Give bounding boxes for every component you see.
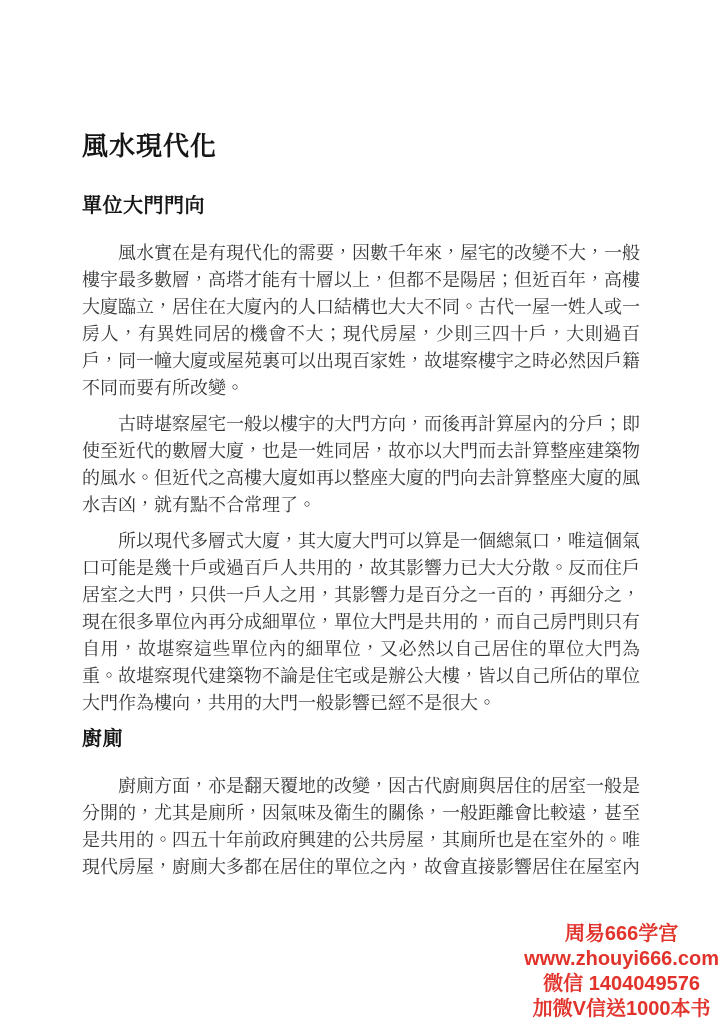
paragraph-kitchen-toilet-1: 廚廁方面，亦是翻天覆地的改變，因古代廚廁與居住的居室一般是分開的，尤其是廁所，因… [82,773,640,881]
paragraph-unit-door-1: 風水實在是有現代化的需要，因數千年來，屋宅的改變不大，一般樓宇最多數層，高塔才能… [82,240,640,402]
watermark-site-name: 周易666学宫 [524,922,719,947]
watermark-wechat-id: 微信 1404049576 [524,972,719,997]
watermark: 周易666学宫 www.zhouyi666.com 微信 1404049576 … [524,922,719,1022]
section-heading-kitchen-toilet: 廚廁 [82,727,640,751]
document-page: 風水現代化 單位大門門向 風水實在是有現代化的需要，因數千年來，屋宅的改變不大，… [0,0,724,1024]
paragraph-unit-door-3: 所以現代多層式大廈，其大廈大門可以算是一個總氣口，唯這個氣口可能是幾十戶或過百戶… [82,528,640,717]
paragraph-unit-door-2: 古時堪察屋宅一般以樓宇的大門方向，而後再計算屋內的分戶；即使至近代的數層大廈，也… [82,411,640,519]
page-title: 風水現代化 [82,131,640,161]
section-heading-unit-door-direction: 單位大門門向 [82,194,640,218]
watermark-promo: 加微V信送1000本书 [524,997,719,1022]
page-content: 風水現代化 單位大門門向 風水實在是有現代化的需要，因數千年來，屋宅的改變不大，… [82,131,640,890]
watermark-url: www.zhouyi666.com [524,947,719,972]
